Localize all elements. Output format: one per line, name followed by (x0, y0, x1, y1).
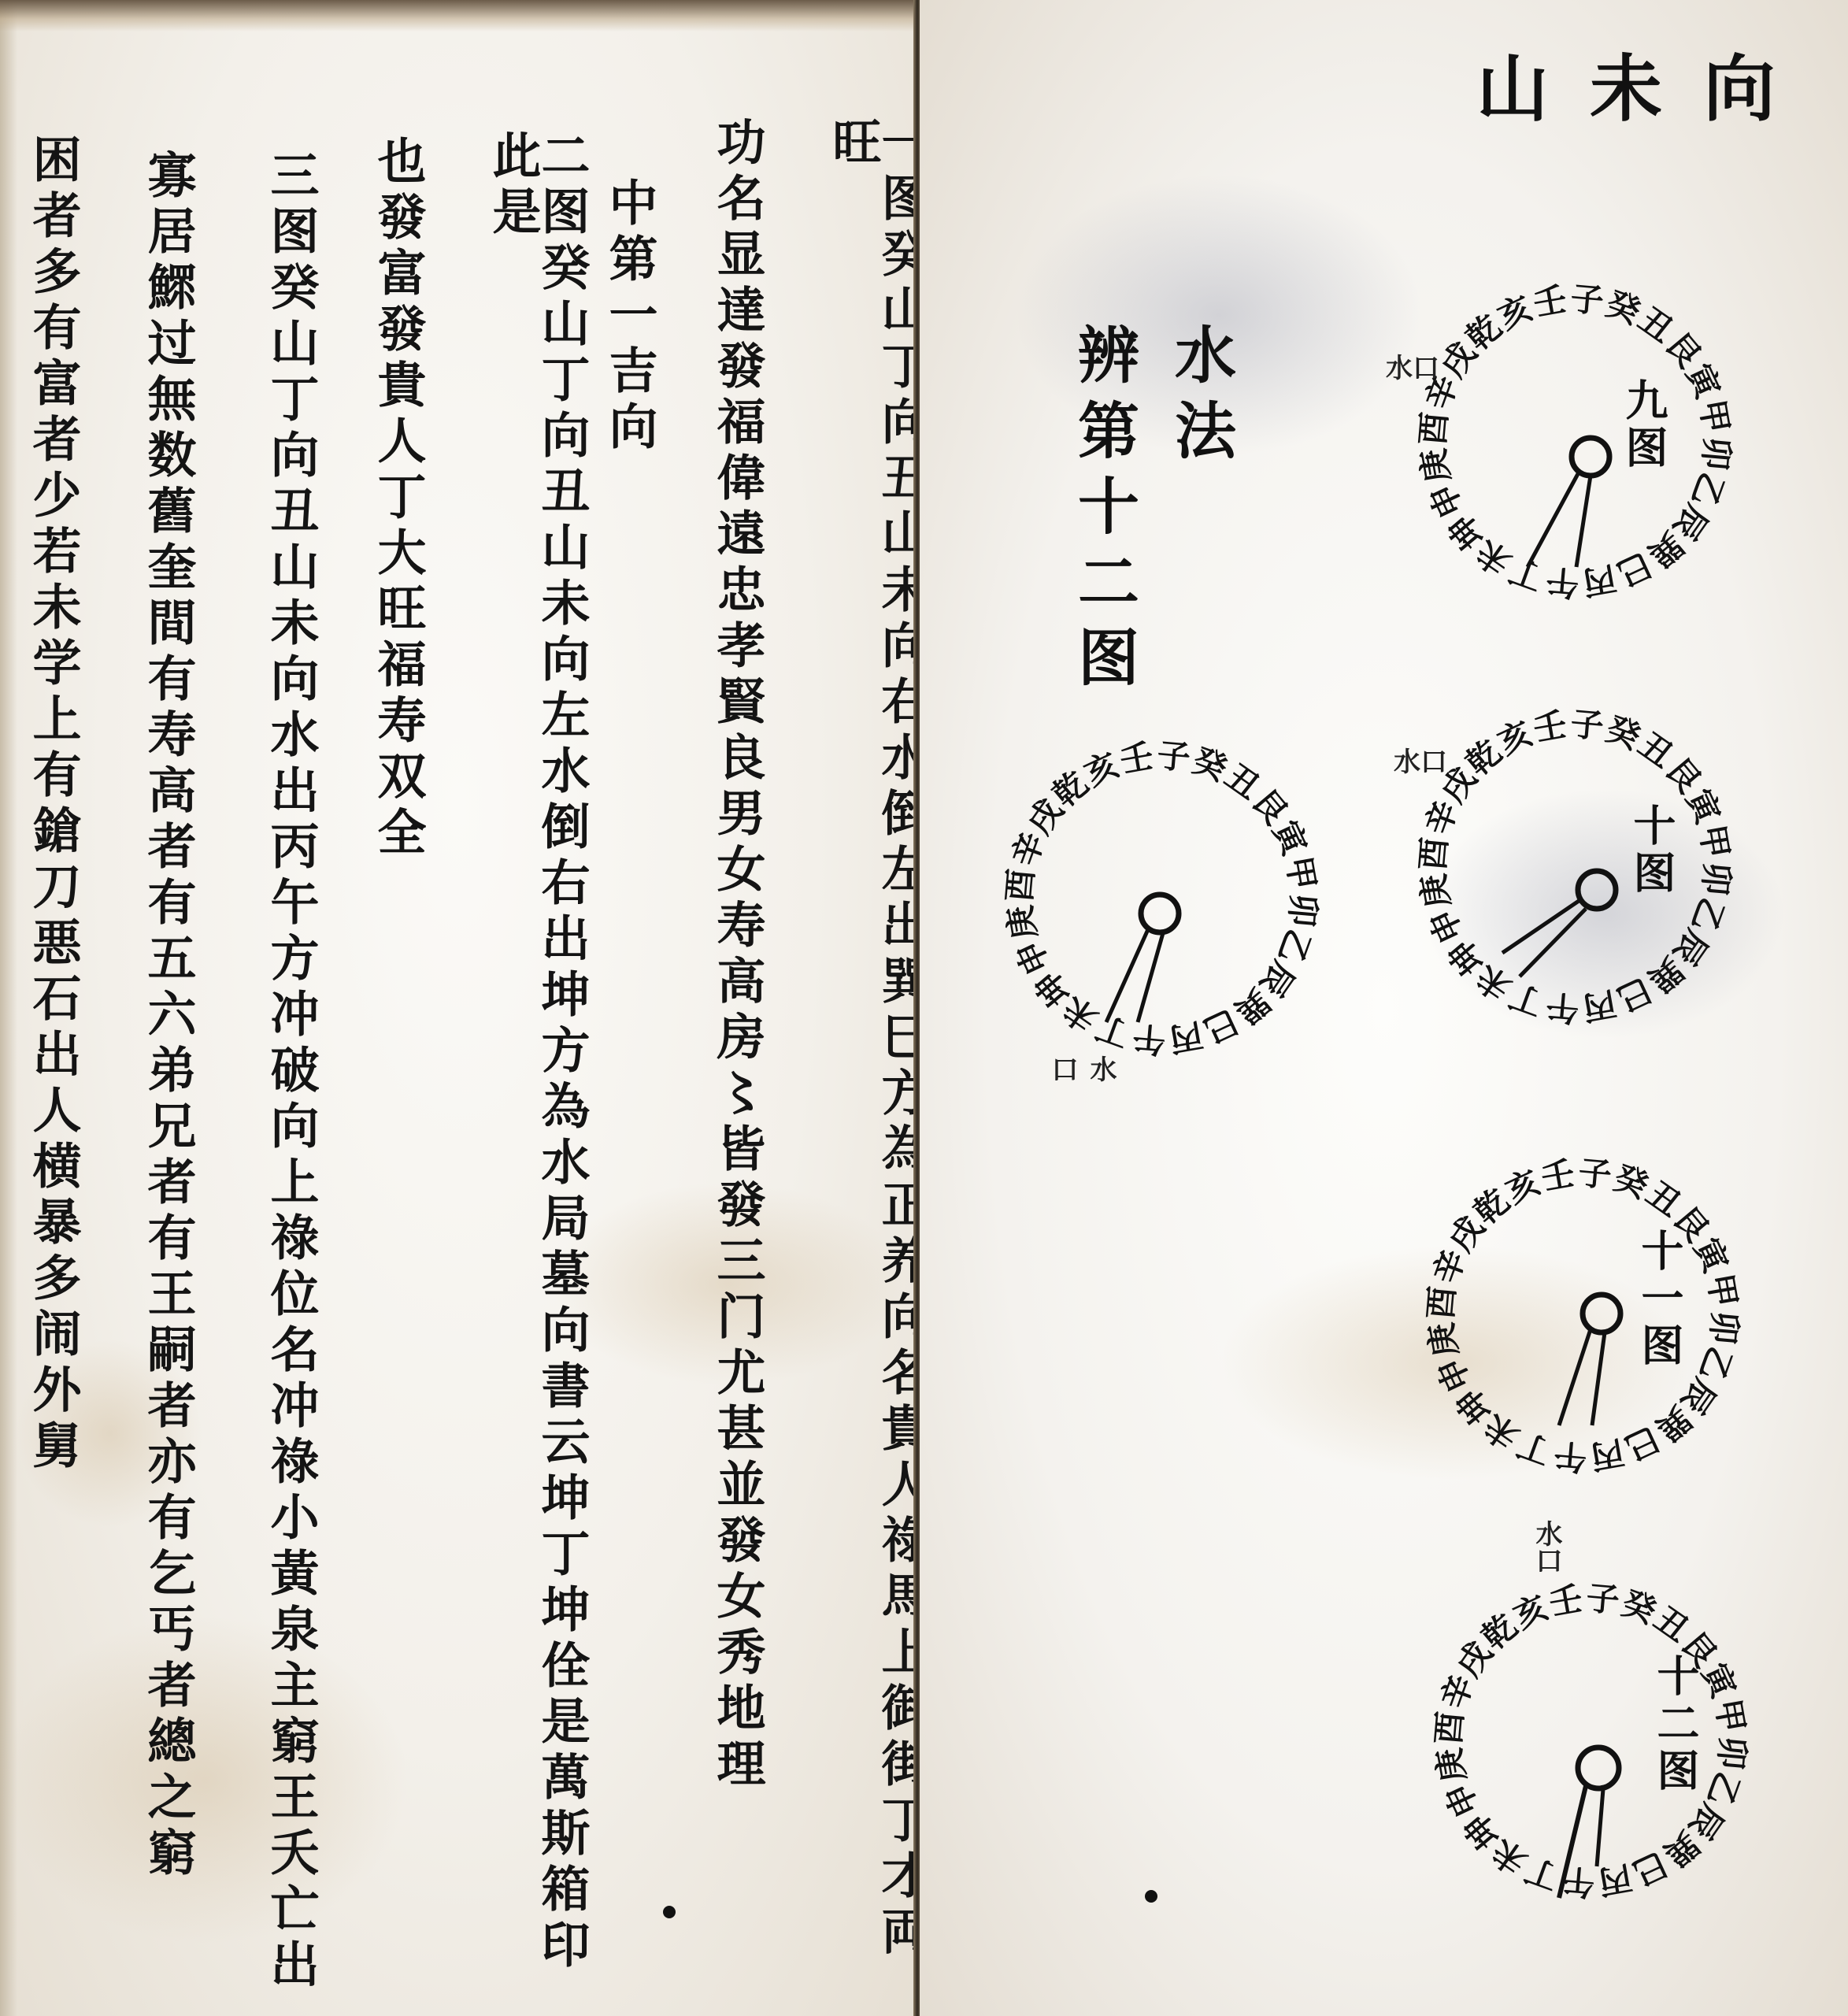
page-top-damage (0, 0, 917, 31)
compass-mountain-label: 庚 (1429, 1745, 1473, 1784)
water-stain (0, 1614, 409, 1945)
section-title-line1: 水法 (1156, 323, 1244, 474)
text-column-3: 中第一吉向 (605, 177, 654, 457)
compass-mountain-label: 壬 (1117, 736, 1157, 780)
compass-ring-icon: 壬子癸丑艮寅甲卯乙辰巽巳丙午丁未坤申庚酉辛戌乾亥 (988, 724, 1335, 1071)
compass-mountain-label: 壬 (1546, 1579, 1586, 1623)
compass-mountain-label: 甲 (1280, 854, 1324, 893)
compass-mountain-label: 甲 (1709, 1696, 1753, 1736)
text-column-1: 一图癸山丁向丑山未向右水倒左出巽巳方為正养向名貴人祿馬上御街丁才両旺 (828, 117, 926, 2016)
compass-mountain-label: 甲 (1701, 1271, 1745, 1310)
compass-mountain-label: 酉 (1428, 1710, 1469, 1746)
compass-mountain-label: 卯 (1695, 435, 1736, 472)
water-mouth-note: 水口 (1386, 346, 1439, 385)
compass-ring-icon: 壬子癸丑艮寅甲卯乙辰巽巳丙午丁未坤申庚酉辛戌乾亥 (1402, 268, 1748, 614)
compass-mountain-label: 丙 (1580, 559, 1619, 603)
text-column-4: 二图癸山丁向丑山未向左水倒右出坤方為水局墓向書云坤丁坤佺是萬斯箱印此是 (488, 130, 586, 2016)
compass-ring-icon: 壬子癸丑艮寅甲卯乙辰巽巳丙午丁未坤申庚酉辛戌乾亥 (1417, 1567, 1764, 1914)
water-mouth-note: 水口 (1394, 740, 1447, 779)
compass-ring-icon: 壬子癸丑艮寅甲卯乙辰巽巳丙午丁未坤申庚酉辛戌乾亥 (1402, 693, 1748, 1039)
compass-mountain-label: 壬 (1531, 280, 1570, 324)
binding-hole (663, 1906, 676, 1918)
compass-mountain-label: 午 (1544, 561, 1580, 602)
compass-mountain-label: 卯 (1711, 1735, 1752, 1771)
compass-diagram-unlabeled: 壬子癸丑艮寅甲卯乙辰巽巳丙午丁未坤申庚酉辛戌乾亥 水口 (988, 724, 1335, 1071)
compass-mountain-label: 午 (1544, 987, 1580, 1028)
text-column-6: 三图癸山丁向丑山未向水出丙午方冲破向上祿位名冲祿小黃泉主窮王夭亡出 (266, 150, 315, 1995)
section-title-line2: 辨第十二图 (1059, 323, 1147, 701)
compass-mountain-label: 庚 (1413, 871, 1457, 910)
compass-mountain-label: 庚 (1000, 902, 1044, 942)
compass-diagram-10: 壬子癸丑艮寅甲卯乙辰巽巳丙午丁未坤申庚酉辛戌乾亥 十图 水口 (1402, 693, 1748, 1039)
compass-mountain-label: 酉 (999, 867, 1040, 903)
text-column-2: 功名显達發福偉遠忠孝賢良男女寿高房〻皆發三门尤甚並發女秀地理 (713, 117, 761, 1794)
compass-mountain-label: 庚 (1421, 1320, 1465, 1359)
text-column-5: 也發富發貴人丁大旺福寿双全 (373, 135, 422, 862)
compass-mountain-label: 子 (1585, 1578, 1621, 1619)
compass-mountain-label: 甲 (1693, 397, 1737, 436)
diagram-label: 十图 (1622, 803, 1683, 898)
compass-mountain-label: 丙 (1166, 1016, 1205, 1060)
compass-mountain-label: 酉 (1413, 836, 1454, 872)
compass-mountain-label: 子 (1156, 736, 1192, 776)
compass-mountain-label: 卯 (1282, 892, 1323, 928)
binding-hole (1145, 1890, 1157, 1903)
compass-diagram-11: 壬子癸丑艮寅甲卯乙辰巽巳丙午丁未坤申庚酉辛戌乾亥 十一图 (1409, 1142, 1756, 1488)
compass-mountain-label: 酉 (1420, 1284, 1461, 1321)
compass-mountain-label: 丙 (1587, 1433, 1627, 1477)
compass-mountain-label: 甲 (1693, 822, 1737, 862)
compass-mountain-label: 丙 (1580, 984, 1619, 1028)
compass-mountain-label: 子 (1577, 1153, 1613, 1194)
compass-mountain-label: 子 (1569, 279, 1605, 320)
compass-ring-icon: 壬子癸丑艮寅甲卯乙辰巽巳丙午丁未坤申庚酉辛戌乾亥 (1409, 1142, 1756, 1488)
diagram-label: 十二图 (1646, 1654, 1706, 1795)
page-header-title: 山未向 (1476, 31, 1817, 135)
open-book: 一图癸山丁向丑山未向右水倒左出巽巳方為正养向名貴人祿馬上御街丁才両旺 功名显達發… (0, 0, 1848, 2016)
compass-mountain-label: 壬 (1539, 1154, 1578, 1198)
compass-mountain-label: 卯 (1703, 1310, 1744, 1346)
compass-mountain-label: 子 (1569, 704, 1605, 745)
left-page: 一图癸山丁向丑山未向右水倒左出巽巳方為正养向名貴人祿馬上御街丁才両旺 功名显達發… (0, 0, 917, 2016)
compass-mountain-label: 午 (1552, 1436, 1588, 1477)
compass-mountain-label: 丙 (1595, 1858, 1635, 1903)
compass-mountain-label: 卯 (1695, 861, 1736, 897)
compass-diagram-12: 壬子癸丑艮寅甲卯乙辰巽巳丙午丁未坤申庚酉辛戌乾亥 十二图 水口 (1417, 1567, 1764, 1914)
diagram-label: 九图 (1614, 378, 1675, 472)
diagram-label: 十一图 (1630, 1228, 1691, 1370)
compass-diagram-9: 壬子癸丑艮寅甲卯乙辰巽巳丙午丁未坤申庚酉辛戌乾亥 九图 水口 (1402, 268, 1748, 614)
compass-mountain-label: 壬 (1531, 705, 1570, 749)
compass-mountain-label: 酉 (1413, 410, 1454, 447)
compass-mountain-label: 午 (1131, 1018, 1167, 1059)
water-mouth-note: 水口 (1043, 1055, 1120, 1082)
page-edge (0, 0, 17, 2016)
text-column-7: 寡居鰥过無数舊奎間有寿高者有五六弟兄者有王嗣者亦有乞丐者總之窮 (143, 150, 192, 1883)
text-column-8: 困者多有富者少若未学上有鎗刀悪石出人横暴多闹外舅 (28, 134, 77, 1476)
compass-mountain-label: 庚 (1413, 446, 1457, 485)
water-mouth-note: 水口 (1528, 1520, 1566, 1573)
